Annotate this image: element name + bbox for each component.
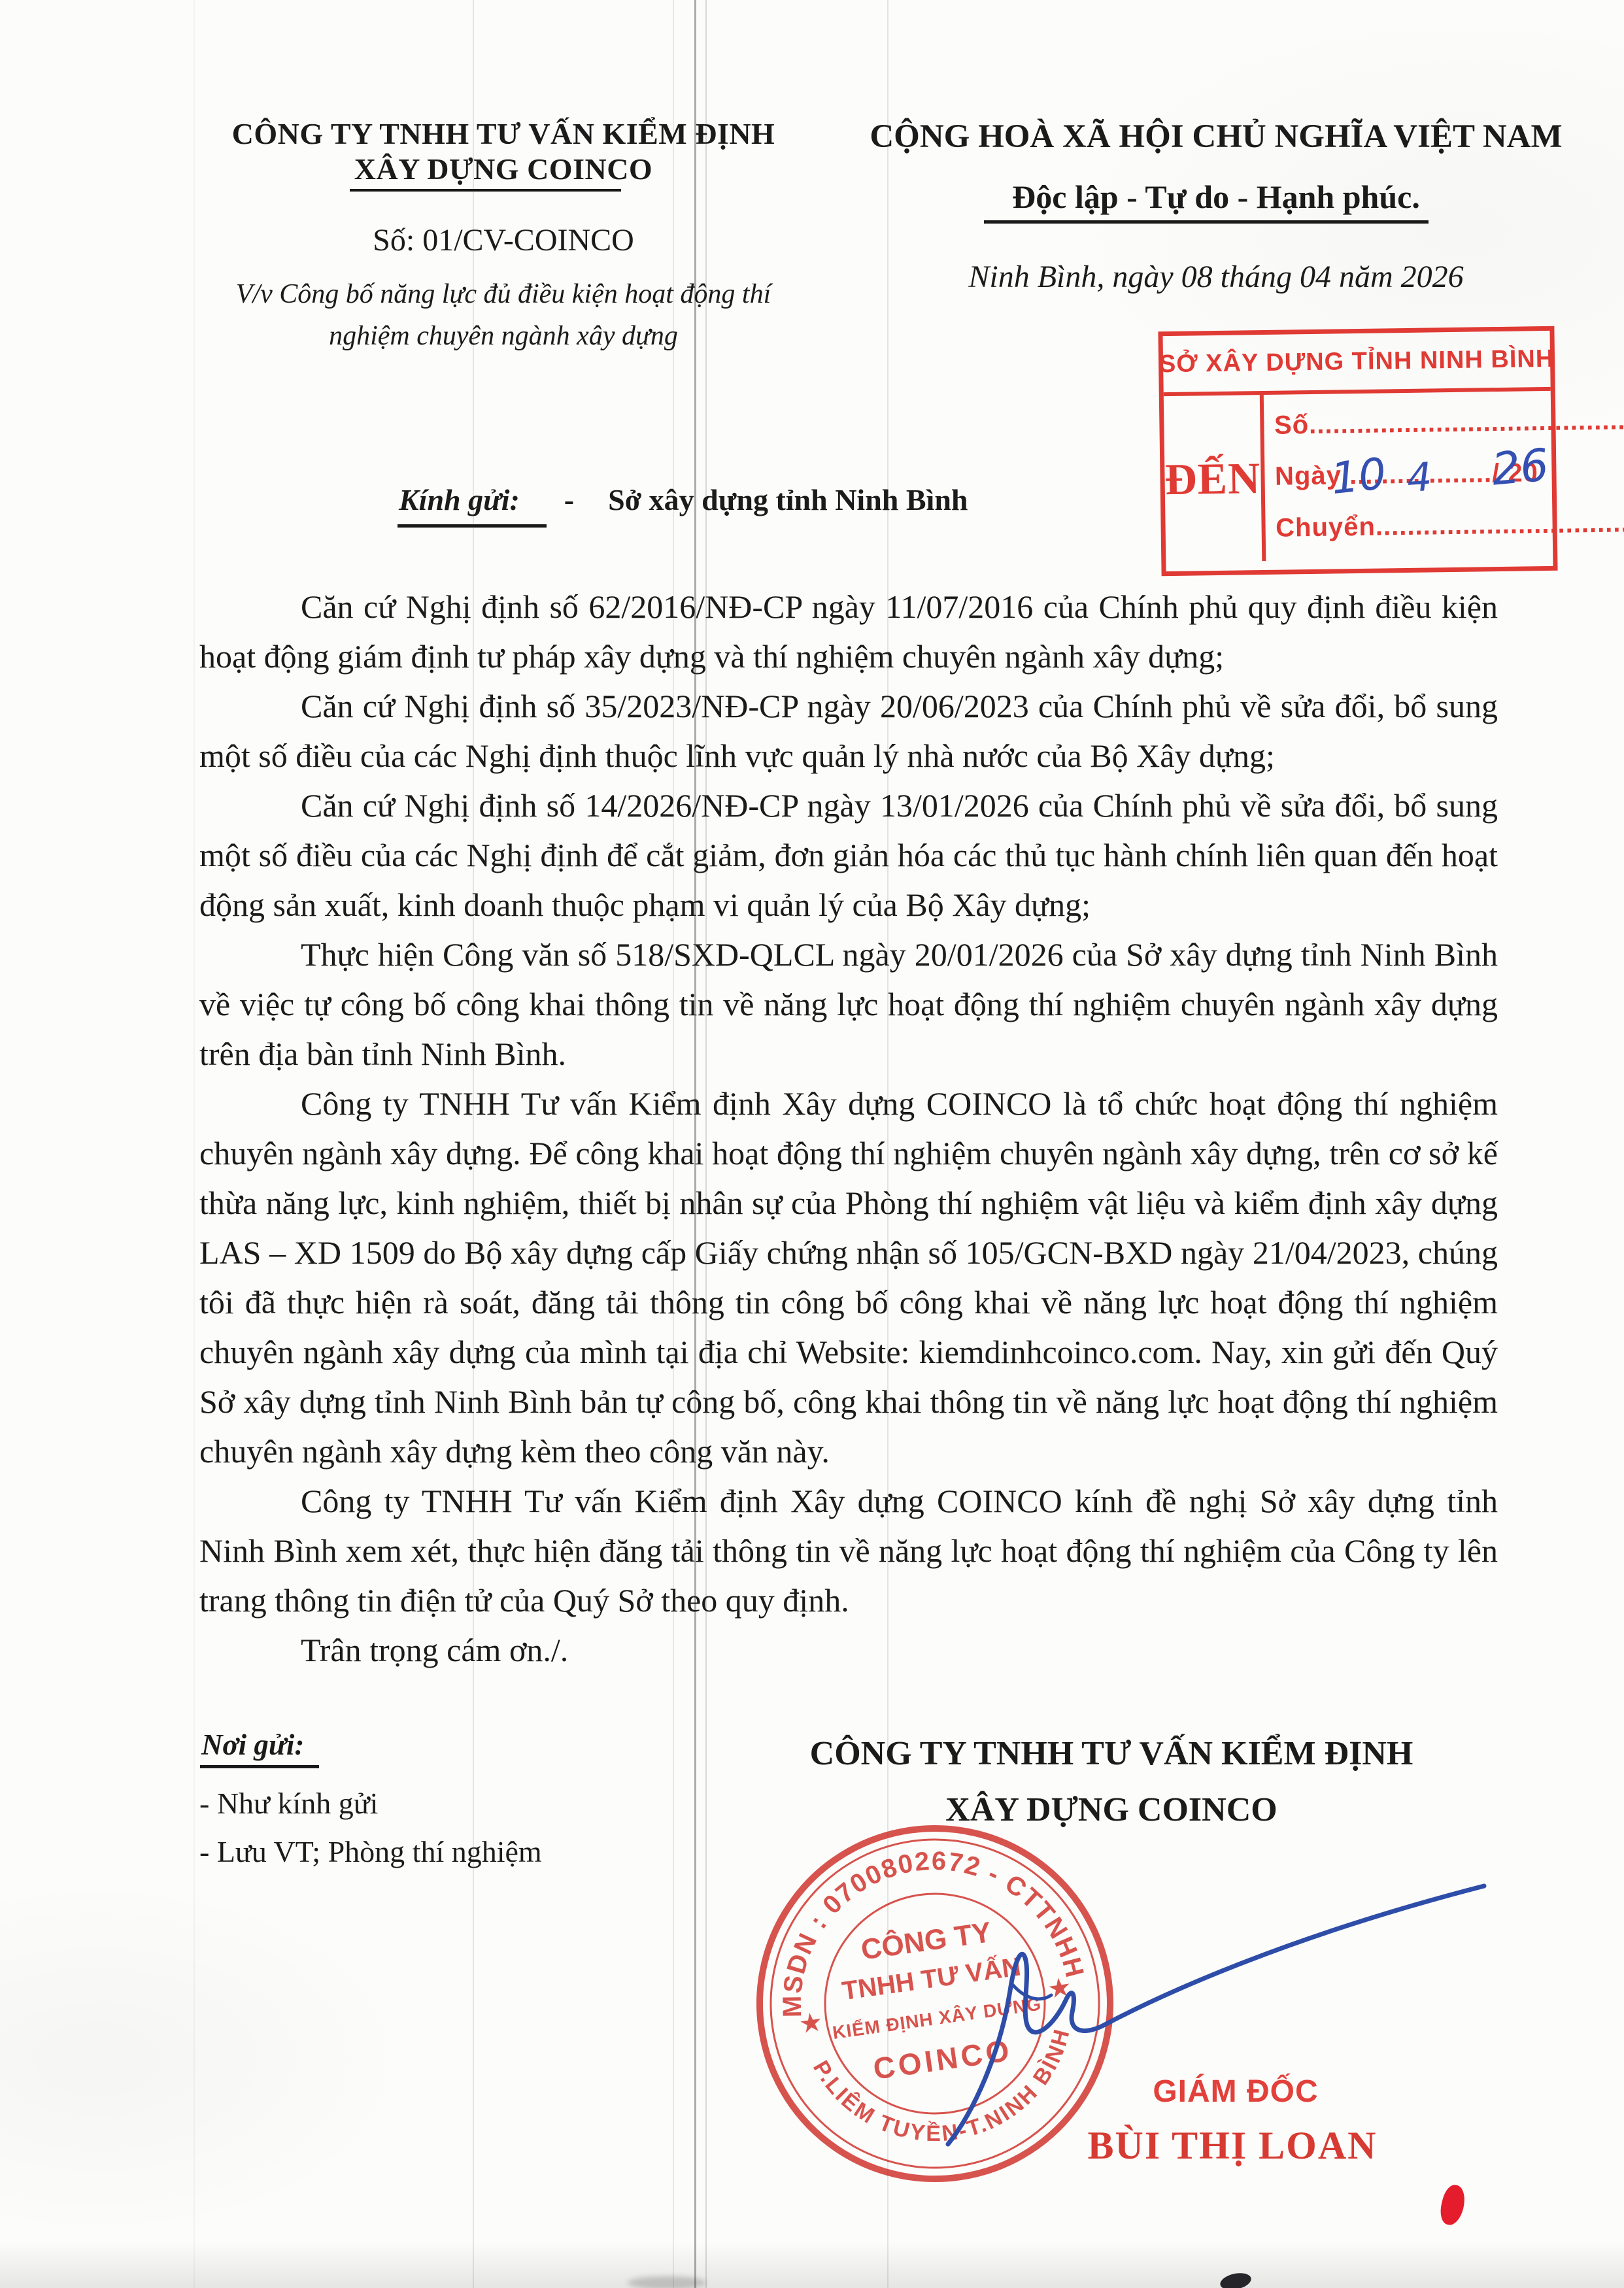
salutation-label: Kính gửi: bbox=[399, 482, 520, 517]
motto-underline bbox=[984, 220, 1429, 224]
issuing-company-name-line2: XÂY DỰNG COINCO bbox=[183, 152, 824, 186]
body-paragraph: Căn cứ Nghị định số 35/2023/NĐ-CP ngày 2… bbox=[199, 681, 1498, 781]
body-paragraph: Công ty TNHH Tư vấn Kiểm định Xây dựng C… bbox=[199, 1476, 1498, 1625]
national-motto-line1: CỘNG HOÀ XÃ HỘI CHỦ NGHĨA VIỆT NAM bbox=[856, 118, 1576, 156]
document-subject-line2: nghiệm chuyên ngành xây dựng bbox=[183, 320, 824, 352]
seal-star-left-icon: ★ bbox=[798, 2008, 823, 2038]
national-motto-line2: Độc lập - Tự do - Hạnh phúc. bbox=[856, 178, 1576, 216]
recipients-underline bbox=[200, 1765, 319, 1768]
body-paragraphs: Căn cứ Nghị định số 62/2016/NĐ-CP ngày 1… bbox=[199, 582, 1498, 1625]
document-number: Số: 01/CV-COINCO bbox=[183, 222, 824, 258]
company-name-underline bbox=[350, 189, 621, 192]
issuing-company-name-line1: CÔNG TY TNHH TƯ VẤN KIỂM ĐỊNH bbox=[183, 116, 824, 151]
signing-org-line1: CÔNG TY TNHH TƯ VẤN KIỂM ĐỊNH bbox=[719, 1726, 1504, 1782]
body-paragraph: Căn cứ Nghị định số 62/2016/NĐ-CP ngày 1… bbox=[199, 582, 1498, 681]
gray-smudge bbox=[628, 2276, 706, 2288]
recipients-list: - Như kính gửi- Lưu VT; Phòng thí nghiệm bbox=[199, 1779, 542, 1876]
body-paragraph: Công ty TNHH Tư vấn Kiểm định Xây dựng C… bbox=[199, 1079, 1498, 1476]
salutation-dash: - bbox=[564, 482, 574, 517]
letter-body: Căn cứ Nghị định số 62/2016/NĐ-CP ngày 1… bbox=[199, 582, 1498, 1675]
red-ink-blot bbox=[1437, 2183, 1468, 2227]
arrival-stamp-forward-row: Chuyển..................................… bbox=[1276, 509, 1624, 543]
salutation-underline bbox=[398, 524, 547, 528]
handwritten-month: 4 bbox=[1406, 454, 1434, 501]
scanned-official-letter: CÔNG TY TNHH TƯ VẤN KIỂM ĐỊNH XÂY DỰNG C… bbox=[0, 0, 1624, 2288]
arrival-stamp-number-row: Số......................................… bbox=[1274, 406, 1624, 441]
handwritten-year: 26 bbox=[1490, 439, 1551, 496]
recipient-item: - Như kính gửi bbox=[199, 1779, 542, 1828]
place-and-date: Ninh Bình, ngày 08 tháng 04 năm 2026 bbox=[856, 259, 1576, 295]
arrival-stamp-office: SỞ XÂY DỰNG TỈNH NINH BÌNH bbox=[1163, 331, 1551, 396]
arrival-stamp-date-row: Ngày ........./......../ 20 bbox=[1275, 457, 1624, 492]
closing-line: Trân trọng cám ơn./. bbox=[199, 1625, 1498, 1675]
recipients-label: Nơi gửi: bbox=[201, 1728, 304, 1762]
body-paragraph: Thực hiện Công văn số 518/SXD-QLCL ngày … bbox=[199, 930, 1498, 1079]
salutation-line: Kính gửi: - Sở xây dựng tỉnh Ninh Bình bbox=[399, 482, 968, 517]
handwritten-day: 10 bbox=[1328, 448, 1389, 504]
scan-shadow-band bbox=[0, 2242, 1624, 2288]
body-paragraph: Căn cứ Nghị định số 14/2026/NĐ-CP ngày 1… bbox=[199, 781, 1498, 930]
director-signature bbox=[876, 1837, 1517, 2164]
recipient-item: - Lưu VT; Phòng thí nghiệm bbox=[199, 1828, 542, 1876]
arrival-stamp-den-label: ĐẾN bbox=[1164, 395, 1266, 562]
salutation-recipient: Sở xây dựng tỉnh Ninh Bình bbox=[608, 482, 968, 517]
document-subject-line1: V/v Công bố năng lực đủ điều kiện hoạt đ… bbox=[183, 278, 824, 310]
